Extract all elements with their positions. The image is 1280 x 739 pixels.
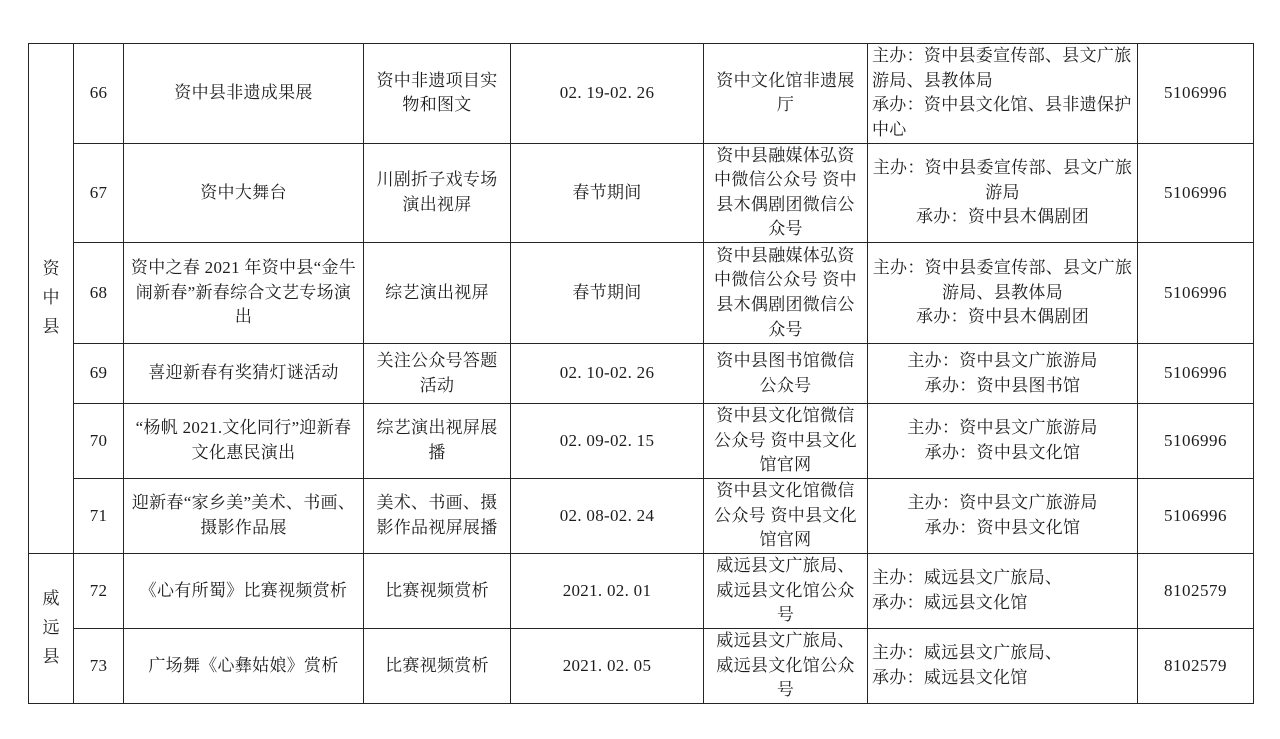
- cell-phone: 5106996: [1138, 44, 1254, 144]
- cell-venue: 资中县图书馆微信公众号: [704, 344, 868, 404]
- cell-date: 02. 10-02. 26: [511, 344, 704, 404]
- cell-date: 2021. 02. 01: [511, 553, 704, 628]
- cell-event-name: 《心有所蜀》比赛视频赏析: [124, 553, 364, 628]
- cell-date: 2021. 02. 05: [511, 628, 704, 703]
- table-row: 资中县 66 资中县非遗成果展 资中非遗项目实物和图文 02. 19-02. 2…: [29, 44, 1254, 144]
- organizer-undertaker-line: 承办：威远县文化馆: [872, 666, 1133, 691]
- region-cell-weiyuan: 威远县: [29, 553, 74, 703]
- cell-event-name: “杨帆 2021.文化同行”迎新春文化惠民演出: [124, 404, 364, 479]
- organizer-undertaker-line: 承办：威远县文化馆: [872, 591, 1133, 616]
- cell-event-name: 资中大舞台: [124, 143, 364, 243]
- organizer-host-line: 主办：资中县文广旅游局: [872, 491, 1133, 516]
- cell-event-form: 美术、书画、摄影作品视屏展播: [364, 479, 511, 554]
- cell-organizers: 主办：资中县委宣传部、县文广旅游局、县教体局 承办：资中县文化馆、县非遗保护中心: [868, 44, 1138, 144]
- cell-phone: 5106996: [1138, 479, 1254, 554]
- cell-venue: 资中县融媒体弘资中微信公众号 资中县木偶剧团微信公众号: [704, 243, 868, 344]
- cell-no: 69: [74, 344, 124, 404]
- document-page: 资中县 66 资中县非遗成果展 资中非遗项目实物和图文 02. 19-02. 2…: [0, 0, 1280, 739]
- cell-event-name: 迎新春“家乡美”美术、书画、摄影作品展: [124, 479, 364, 554]
- cell-organizers: 主办：资中县委宣传部、县文广旅游局 承办：资中县木偶剧团: [868, 143, 1138, 243]
- cell-date: 春节期间: [511, 243, 704, 344]
- organizer-host-line: 主办：资中县委宣传部、县文广旅游局、县教体局: [872, 256, 1133, 305]
- region-label: 资中县: [41, 255, 61, 342]
- cell-phone: 8102579: [1138, 553, 1254, 628]
- organizer-host-line: 主办：资中县文广旅游局: [872, 416, 1133, 441]
- table-row: 67 资中大舞台 川剧折子戏专场演出视屏 春节期间 资中县融媒体弘资中微信公众号…: [29, 143, 1254, 243]
- organizer-undertaker-line: 承办：资中县木偶剧团: [872, 205, 1133, 230]
- organizer-host-line: 主办：资中县文广旅游局: [872, 349, 1133, 374]
- cell-event-form: 综艺演出视屏展播: [364, 404, 511, 479]
- cell-event-name: 资中县非遗成果展: [124, 44, 364, 144]
- cell-event-form: 比赛视频赏析: [364, 553, 511, 628]
- cell-no: 68: [74, 243, 124, 344]
- cell-no: 66: [74, 44, 124, 144]
- table-row: 71 迎新春“家乡美”美术、书画、摄影作品展 美术、书画、摄影作品视屏展播 02…: [29, 479, 1254, 554]
- cell-phone: 8102579: [1138, 628, 1254, 703]
- cell-venue: 资中县文化馆微信公众号 资中县文化馆官网: [704, 479, 868, 554]
- cell-date: 02. 19-02. 26: [511, 44, 704, 144]
- cell-phone: 5106996: [1138, 404, 1254, 479]
- cell-organizers: 主办：资中县文广旅游局 承办：资中县文化馆: [868, 404, 1138, 479]
- region-label: 威远县: [41, 585, 61, 672]
- cell-venue: 威远县文广旅局、威远县文化馆公众号: [704, 628, 868, 703]
- organizer-undertaker-line: 承办：资中县文化馆: [872, 441, 1133, 466]
- cell-organizers: 主办：威远县文广旅局、 承办：威远县文化馆: [868, 628, 1138, 703]
- organizer-undertaker-line: 承办：资中县木偶剧团: [872, 305, 1133, 330]
- cell-venue: 资中县文化馆微信公众号 资中县文化馆官网: [704, 404, 868, 479]
- cell-no: 73: [74, 628, 124, 703]
- cell-venue: 资中县融媒体弘资中微信公众号 资中县木偶剧团微信公众号: [704, 143, 868, 243]
- cell-no: 67: [74, 143, 124, 243]
- cell-organizers: 主办：资中县文广旅游局 承办：资中县文化馆: [868, 479, 1138, 554]
- cell-date: 02. 09-02. 15: [511, 404, 704, 479]
- cell-venue: 资中文化馆非遗展厅: [704, 44, 868, 144]
- cell-organizers: 主办：威远县文广旅局、 承办：威远县文化馆: [868, 553, 1138, 628]
- organizer-undertaker-line: 承办：资中县图书馆: [872, 374, 1133, 399]
- organizer-undertaker-line: 承办：资中县文化馆: [872, 516, 1133, 541]
- table-row: 69 喜迎新春有奖猜灯谜活动 关注公众号答题活动 02. 10-02. 26 资…: [29, 344, 1254, 404]
- cell-event-name: 广场舞《心彝姑娘》赏析: [124, 628, 364, 703]
- organizer-host-line: 主办：威远县文广旅局、: [872, 566, 1133, 591]
- cell-event-form: 资中非遗项目实物和图文: [364, 44, 511, 144]
- organizer-host-line: 主办：威远县文广旅局、: [872, 641, 1133, 666]
- cell-event-name: 喜迎新春有奖猜灯谜活动: [124, 344, 364, 404]
- organizer-host-line: 主办：资中县委宣传部、县文广旅游局: [872, 156, 1133, 205]
- cell-date: 02. 08-02. 24: [511, 479, 704, 554]
- cell-event-form: 川剧折子戏专场演出视屏: [364, 143, 511, 243]
- cell-phone: 5106996: [1138, 243, 1254, 344]
- cell-phone: 5106996: [1138, 143, 1254, 243]
- cell-organizers: 主办：资中县文广旅游局 承办：资中县图书馆: [868, 344, 1138, 404]
- cell-phone: 5106996: [1138, 344, 1254, 404]
- cell-venue: 威远县文广旅局、威远县文化馆公众号: [704, 553, 868, 628]
- cell-no: 71: [74, 479, 124, 554]
- cell-no: 72: [74, 553, 124, 628]
- cell-event-form: 比赛视频赏析: [364, 628, 511, 703]
- cell-date: 春节期间: [511, 143, 704, 243]
- table-row: 68 资中之春 2021 年资中县“金牛闹新春”新春综合文艺专场演出 综艺演出视…: [29, 243, 1254, 344]
- table-row: 威远县 72 《心有所蜀》比赛视频赏析 比赛视频赏析 2021. 02. 01 …: [29, 553, 1254, 628]
- organizer-undertaker-line: 承办：资中县文化馆、县非遗保护中心: [872, 93, 1133, 142]
- cell-event-form: 关注公众号答题活动: [364, 344, 511, 404]
- events-table: 资中县 66 资中县非遗成果展 资中非遗项目实物和图文 02. 19-02. 2…: [28, 43, 1254, 704]
- cell-event-form: 综艺演出视屏: [364, 243, 511, 344]
- table-row: 70 “杨帆 2021.文化同行”迎新春文化惠民演出 综艺演出视屏展播 02. …: [29, 404, 1254, 479]
- cell-no: 70: [74, 404, 124, 479]
- region-cell-zizhong: 资中县: [29, 44, 74, 554]
- cell-event-name: 资中之春 2021 年资中县“金牛闹新春”新春综合文艺专场演出: [124, 243, 364, 344]
- organizer-host-line: 主办：资中县委宣传部、县文广旅游局、县教体局: [872, 44, 1133, 93]
- table-row: 73 广场舞《心彝姑娘》赏析 比赛视频赏析 2021. 02. 05 威远县文广…: [29, 628, 1254, 703]
- cell-organizers: 主办：资中县委宣传部、县文广旅游局、县教体局 承办：资中县木偶剧团: [868, 243, 1138, 344]
